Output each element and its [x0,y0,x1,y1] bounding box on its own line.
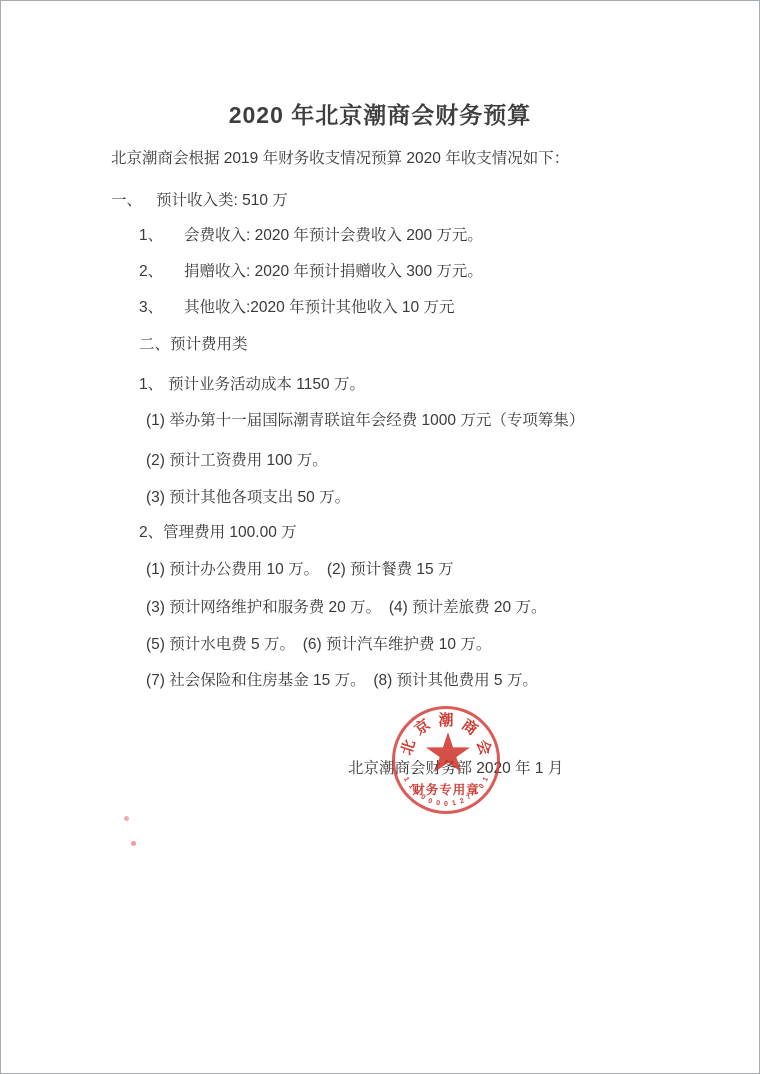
section-expense-heading: 二、预计费用类 [139,335,248,355]
list-marker: 一、 [111,191,156,211]
line-text: 捐赠收入: 2020 年预计捐赠收入 300 万元。 [184,263,483,280]
ink-speck [124,816,129,821]
line-text: 管理费用 100.00 万 [163,524,297,541]
expense-sub-salary: (2) 预计工资费用 100 万。 [146,451,328,471]
income-item-donation: 2、捐赠收入: 2020 年预计捐赠收入 300 万元。 [139,262,483,282]
line-text: 预计费用类 [170,336,248,353]
line-text: 预计收入类: 510 万 [156,192,288,209]
line-text: (2) 预计工资费用 100 万。 [146,452,328,469]
list-marker: 1、 [139,375,168,395]
document-title: 2020 年北京潮商会财务预算 [1,97,759,130]
list-marker: 1、 [139,226,184,246]
expense-sub-other: (3) 预计其他各项支出 50 万。 [146,488,350,508]
income-item-membership: 1、会费收入: 2020 年预计会费收入 200 万元。 [139,226,483,246]
ink-speck [131,841,136,846]
line-text: 其他收入:2020 年预计其他收入 10 万元 [184,299,454,316]
management-items-5-6: (5) 预计水电费 5 万。 (6) 预计汽车维护费 10 万。 [146,635,491,655]
line-text: (1) 举办第十一届国际潮青联谊年会经费 1000 万元（专项筹集） [146,412,584,429]
scanned-document-page: 2020 年北京潮商会财务预算 北京潮商会根据 2019 年财务收支情况预算 2… [0,0,760,1074]
list-marker: 3、 [139,298,184,318]
section-income-heading: 一、预计收入类: 510 万 [111,191,288,211]
expense-business-cost: 1、预计业务活动成本 1150 万。 [139,375,365,395]
line-text: (3) 预计其他各项支出 50 万。 [146,489,350,506]
intro-paragraph: 北京潮商会根据 2019 年财务收支情况预算 2020 年收支情况如下： [111,149,569,169]
line-text: 预计业务活动成本 1150 万。 [168,376,365,393]
seal-arc-char: 潮 [438,712,455,729]
line-text: 会费收入: 2020 年预计会费收入 200 万元。 [184,227,483,244]
list-marker: 2、 [139,523,163,543]
line-text: (1) 预计办公费用 10 万。 (2) 预计餐费 15 万 [146,561,453,578]
line-text: (7) 社会保险和住房基金 15 万。 (8) 预计其他费用 5 万。 [146,672,538,689]
management-items-7-8: (7) 社会保险和住房基金 15 万。 (8) 预计其他费用 5 万。 [146,671,538,691]
management-items-3-4: (3) 预计网络维护和服务费 20 万。 (4) 预计差旅费 20 万。 [146,598,546,618]
line-text: (5) 预计水电费 5 万。 (6) 预计汽车维护费 10 万。 [146,636,491,653]
list-marker: 2、 [139,262,184,282]
expense-management-heading: 2、管理费用 100.00 万 [139,523,297,543]
official-seal: 北 京 潮 商 会 财务专用章 1 1 0 0 0 0 0 1 2 7 2 0 … [392,706,500,814]
income-item-other: 3、其他收入:2020 年预计其他收入 10 万元 [139,298,454,318]
expense-sub-annual-meeting: (1) 举办第十一届国际潮青联谊年会经费 1000 万元（专项筹集） [146,411,584,431]
management-items-1-2: (1) 预计办公费用 10 万。 (2) 预计餐费 15 万 [146,560,453,580]
list-marker: 二、 [139,335,170,355]
line-text: (3) 预计网络维护和服务费 20 万。 (4) 预计差旅费 20 万。 [146,599,546,616]
